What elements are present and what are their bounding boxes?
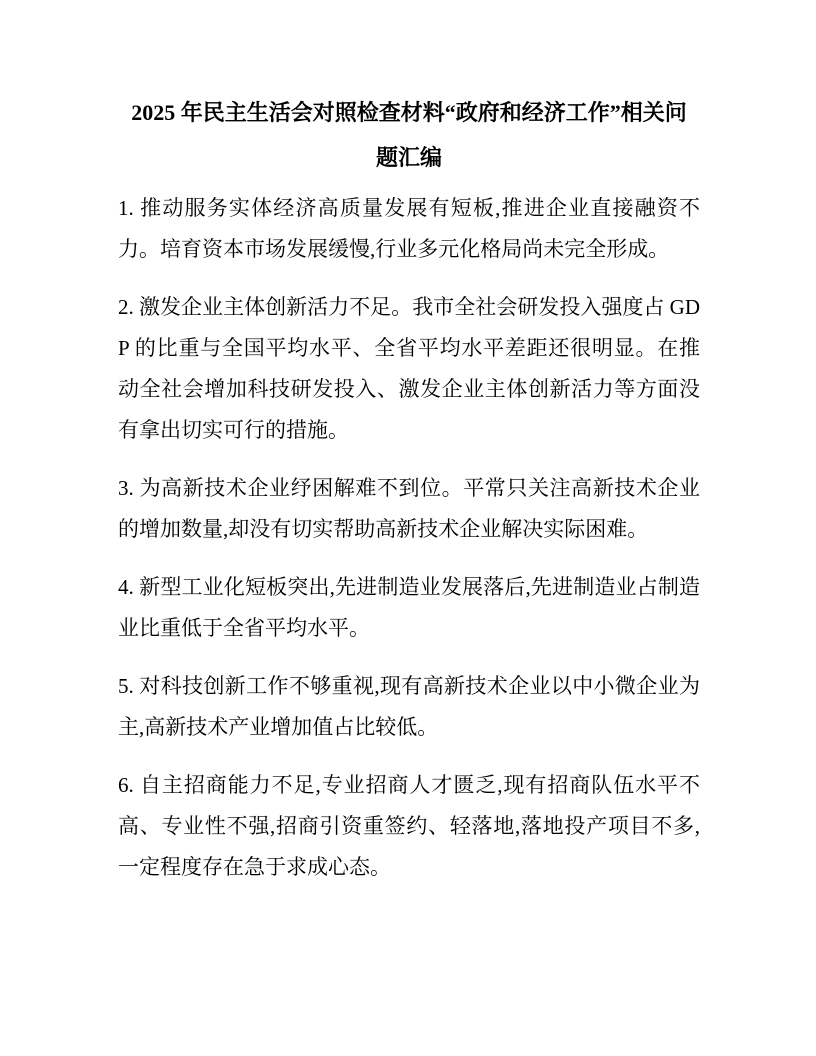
document-paragraph-6: 6. 自主招商能力不足,专业招商人才匮乏,现有招商队伍水平不高、专业性不强,招商… bbox=[118, 765, 700, 888]
document-title-line-2: 题汇编 bbox=[118, 135, 700, 180]
document-content: 2025 年民主生活会对照检查材料“政府和经济工作”相关问 题汇编 1. 推动服… bbox=[0, 0, 816, 888]
document-title-line-1: 2025 年民主生活会对照检查材料“政府和经济工作”相关问 bbox=[118, 90, 700, 135]
document-paragraph-2: 2. 激发企业主体创新活力不足。我市全社会研发投入强度占 GDP 的比重与全国平… bbox=[118, 287, 700, 451]
document-page: 2025 年民主生活会对照检查材料“政府和经济工作”相关问 题汇编 1. 推动服… bbox=[0, 0, 816, 1056]
document-paragraph-5: 5. 对科技创新工作不够重视,现有高新技术企业以中小微企业为主,高新技术产业增加… bbox=[118, 666, 700, 748]
document-paragraph-3: 3. 为高新技术企业纾困解难不到位。平常只关注高新技术企业的增加数量,却没有切实… bbox=[118, 468, 700, 550]
document-paragraph-1: 1. 推动服务实体经济高质量发展有短板,推进企业直接融资不力。培育资本市场发展缓… bbox=[118, 188, 700, 270]
document-title: 2025 年民主生活会对照检查材料“政府和经济工作”相关问 题汇编 bbox=[118, 90, 700, 180]
document-paragraph-4: 4. 新型工业化短板突出,先进制造业发展落后,先进制造业占制造业比重低于全省平均… bbox=[118, 567, 700, 649]
